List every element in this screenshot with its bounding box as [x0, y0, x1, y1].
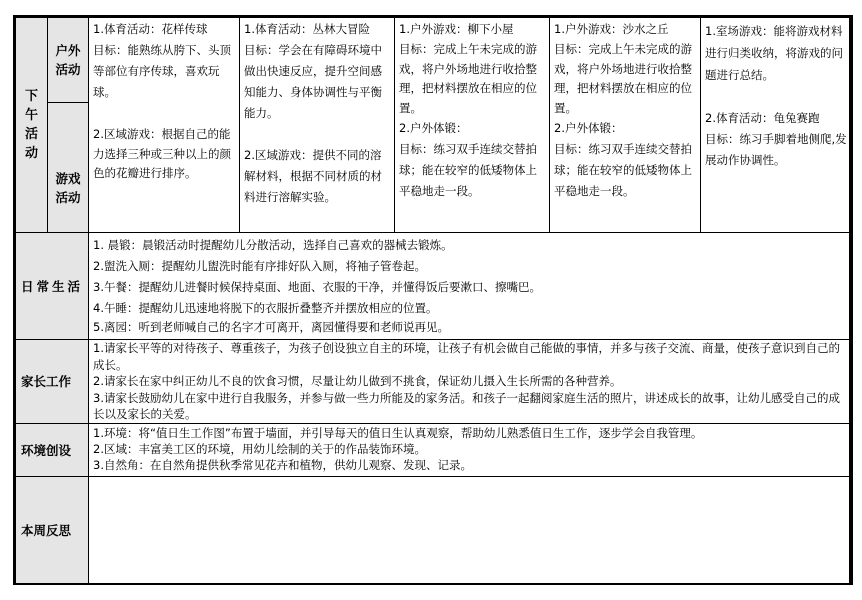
environment-label-text: 环境创设: [21, 440, 71, 461]
outdoor-activity-text: 户外活动: [54, 41, 82, 79]
daily-life-item-1: 1. 晨锻：晨锻活动时提醒幼儿分散活动，选择自己喜欢的器械去锻炼。: [93, 235, 847, 256]
environment-content: 1.环境：将“值日生工作图”布置于墙面，并引导每天的值日生认真观察，帮助幼儿熟悉…: [89, 424, 850, 477]
parent-work-label-text: 家长工作: [21, 371, 71, 392]
day2-line-4: 2.区域游戏：提供不同的溶解材料，根据不同材质的材料进行溶解实验。: [244, 145, 391, 208]
reflection-content[interactable]: [89, 477, 850, 584]
afternoon-day-1: 1.体育活动：花样传球 目标：能熟练从胯下、头顶等部位有序传球，喜欢玩球。 2.…: [89, 18, 240, 233]
day5-line-3: 2.体育活动：龟兔赛跑: [705, 108, 847, 129]
day4-line-2: 目标：完成上午未完成的游戏，将户外场地进行收拾整理，把材料摆放在相应的位置。: [554, 40, 697, 118]
outdoor-activity-label: 户外活动: [48, 18, 89, 103]
reflection-label: 本周反思: [16, 477, 89, 584]
parent-work-item-1: 1.请家长平等的对待孩子、尊重孩子，为孩子创设独立自主的环境，让孩子有机会做自己…: [93, 340, 847, 373]
parent-work-item-2: 2.请家长在家中纠正幼儿不良的饮食习惯，尽量让幼儿做到不挑食，保证幼儿摄入生长所…: [93, 373, 847, 390]
daily-life-label: 日常生活: [16, 233, 89, 340]
day4-line-4: 目标：练习双手连续交替拍球；能在较窄的低矮物体上平稳地走一段。: [554, 139, 697, 202]
day5-line-4: 目标：练习手脚着地侧爬,发展动作协调性。: [705, 129, 847, 171]
daily-life-label-text: 日常生活: [21, 276, 83, 297]
daily-life-content: 1. 晨锻：晨锻活动时提醒幼儿分散活动，选择自己喜欢的器械去锻炼。 2.盥洗入厕…: [89, 233, 850, 340]
environment-label: 环境创设: [16, 424, 89, 477]
day3-line-4: 目标：练习双手连续交替拍球；能在较窄的低矮物体上平稳地走一段。: [399, 139, 546, 202]
day3-line-2: 目标：完成上午未完成的游戏，将户外场地进行收拾整理，把材料摆放在相应的位置。: [399, 40, 546, 118]
daily-life-item-4: 4.午睡：提醒幼儿迅速地将脱下的衣服折叠整齐并摆放相应的位置。: [93, 298, 847, 319]
parent-work-content: 1.请家长平等的对待孩子、尊重孩子，为孩子创设独立自主的环境，让孩子有机会做自己…: [89, 340, 850, 424]
game-activity-label: 游戏活动: [48, 103, 89, 233]
day3-line-3: 2.户外体锻：: [399, 118, 546, 139]
environment-item-2: 2.区域：丰富美工区的环境，用幼儿绘制的关于的作品装饰环境。: [93, 441, 847, 457]
day2-line-2: 目标：学会在有障碍环境中做出快速反应，提升空间感知能力、身体协调性与平衡能力。: [244, 40, 391, 124]
day4-line-3: 2.户外体锻：: [554, 118, 697, 139]
afternoon-day-3: 1.户外游戏：柳下小屋 目标：完成上午未完成的游戏，将户外场地进行收拾整理，把材…: [395, 18, 550, 233]
afternoon-section-label: 下午活动: [16, 18, 48, 233]
environment-item-1: 1.环境：将“值日生工作图”布置于墙面，并引导每天的值日生认真观察，帮助幼儿熟悉…: [93, 425, 847, 441]
day1-line-2: 目标：能熟练从胯下、头顶等部位有序传球，喜欢玩球。: [93, 40, 236, 103]
daily-life-item-2: 2.盥洗入厕：提醒幼儿盥洗时能有序排好队入厕，将袖子管卷起。: [93, 256, 847, 277]
afternoon-day-4: 1.户外游戏：沙水之丘 目标：完成上午未完成的游戏，将户外场地进行收拾整理，把材…: [550, 18, 701, 233]
parent-work-item-3: 3.请家长鼓励幼儿在家中进行自我服务，并参与做一些力所能及的家务活。和孩子一起翻…: [93, 390, 847, 423]
daily-life-item-5: 5.离园：听到老师喊自己的名字才可离开，离园懂得要和老师说再见。: [93, 319, 847, 336]
day1-line-4: 2.区域游戏：根据自己的能力选择三种或三种以上的颜色的花瓣进行排序。: [93, 125, 236, 184]
day2-line-1: 1.体育活动：丛林大冒险: [244, 19, 391, 40]
afternoon-day-5: 1.室场游戏：能将游戏材料进行归类收纳，将游戏的问题进行总结。 2.体育活动：龟…: [701, 18, 850, 233]
spacer: [244, 124, 391, 145]
day5-line-1: 1.室场游戏：能将游戏材料进行归类收纳，将游戏的问题进行总结。: [705, 20, 847, 86]
day4-line-1: 1.户外游戏：沙水之丘: [554, 19, 697, 40]
spacer: [705, 86, 847, 108]
spacer: [93, 103, 236, 125]
parent-work-label: 家长工作: [16, 340, 89, 424]
game-activity-text: 游戏活动: [54, 169, 82, 207]
reflection-label-text: 本周反思: [21, 520, 71, 541]
environment-item-3: 3.自然角：在自然角提供秋季常见花卉和植物，供幼儿观察、发现、记录。: [93, 457, 847, 473]
daily-life-item-3: 3.午餐：提醒幼儿进餐时候保持桌面、地面、衣服的干净，并懂得饭后要漱口、擦嘴巴。: [93, 277, 847, 298]
day3-line-1: 1.户外游戏：柳下小屋: [399, 19, 546, 40]
afternoon-day-2: 1.体育活动：丛林大冒险 目标：学会在有障碍环境中做出快速反应，提升空间感知能力…: [240, 18, 395, 233]
afternoon-section-text: 下午活动: [25, 87, 39, 163]
day1-line-1: 1.体育活动：花样传球: [93, 19, 236, 40]
